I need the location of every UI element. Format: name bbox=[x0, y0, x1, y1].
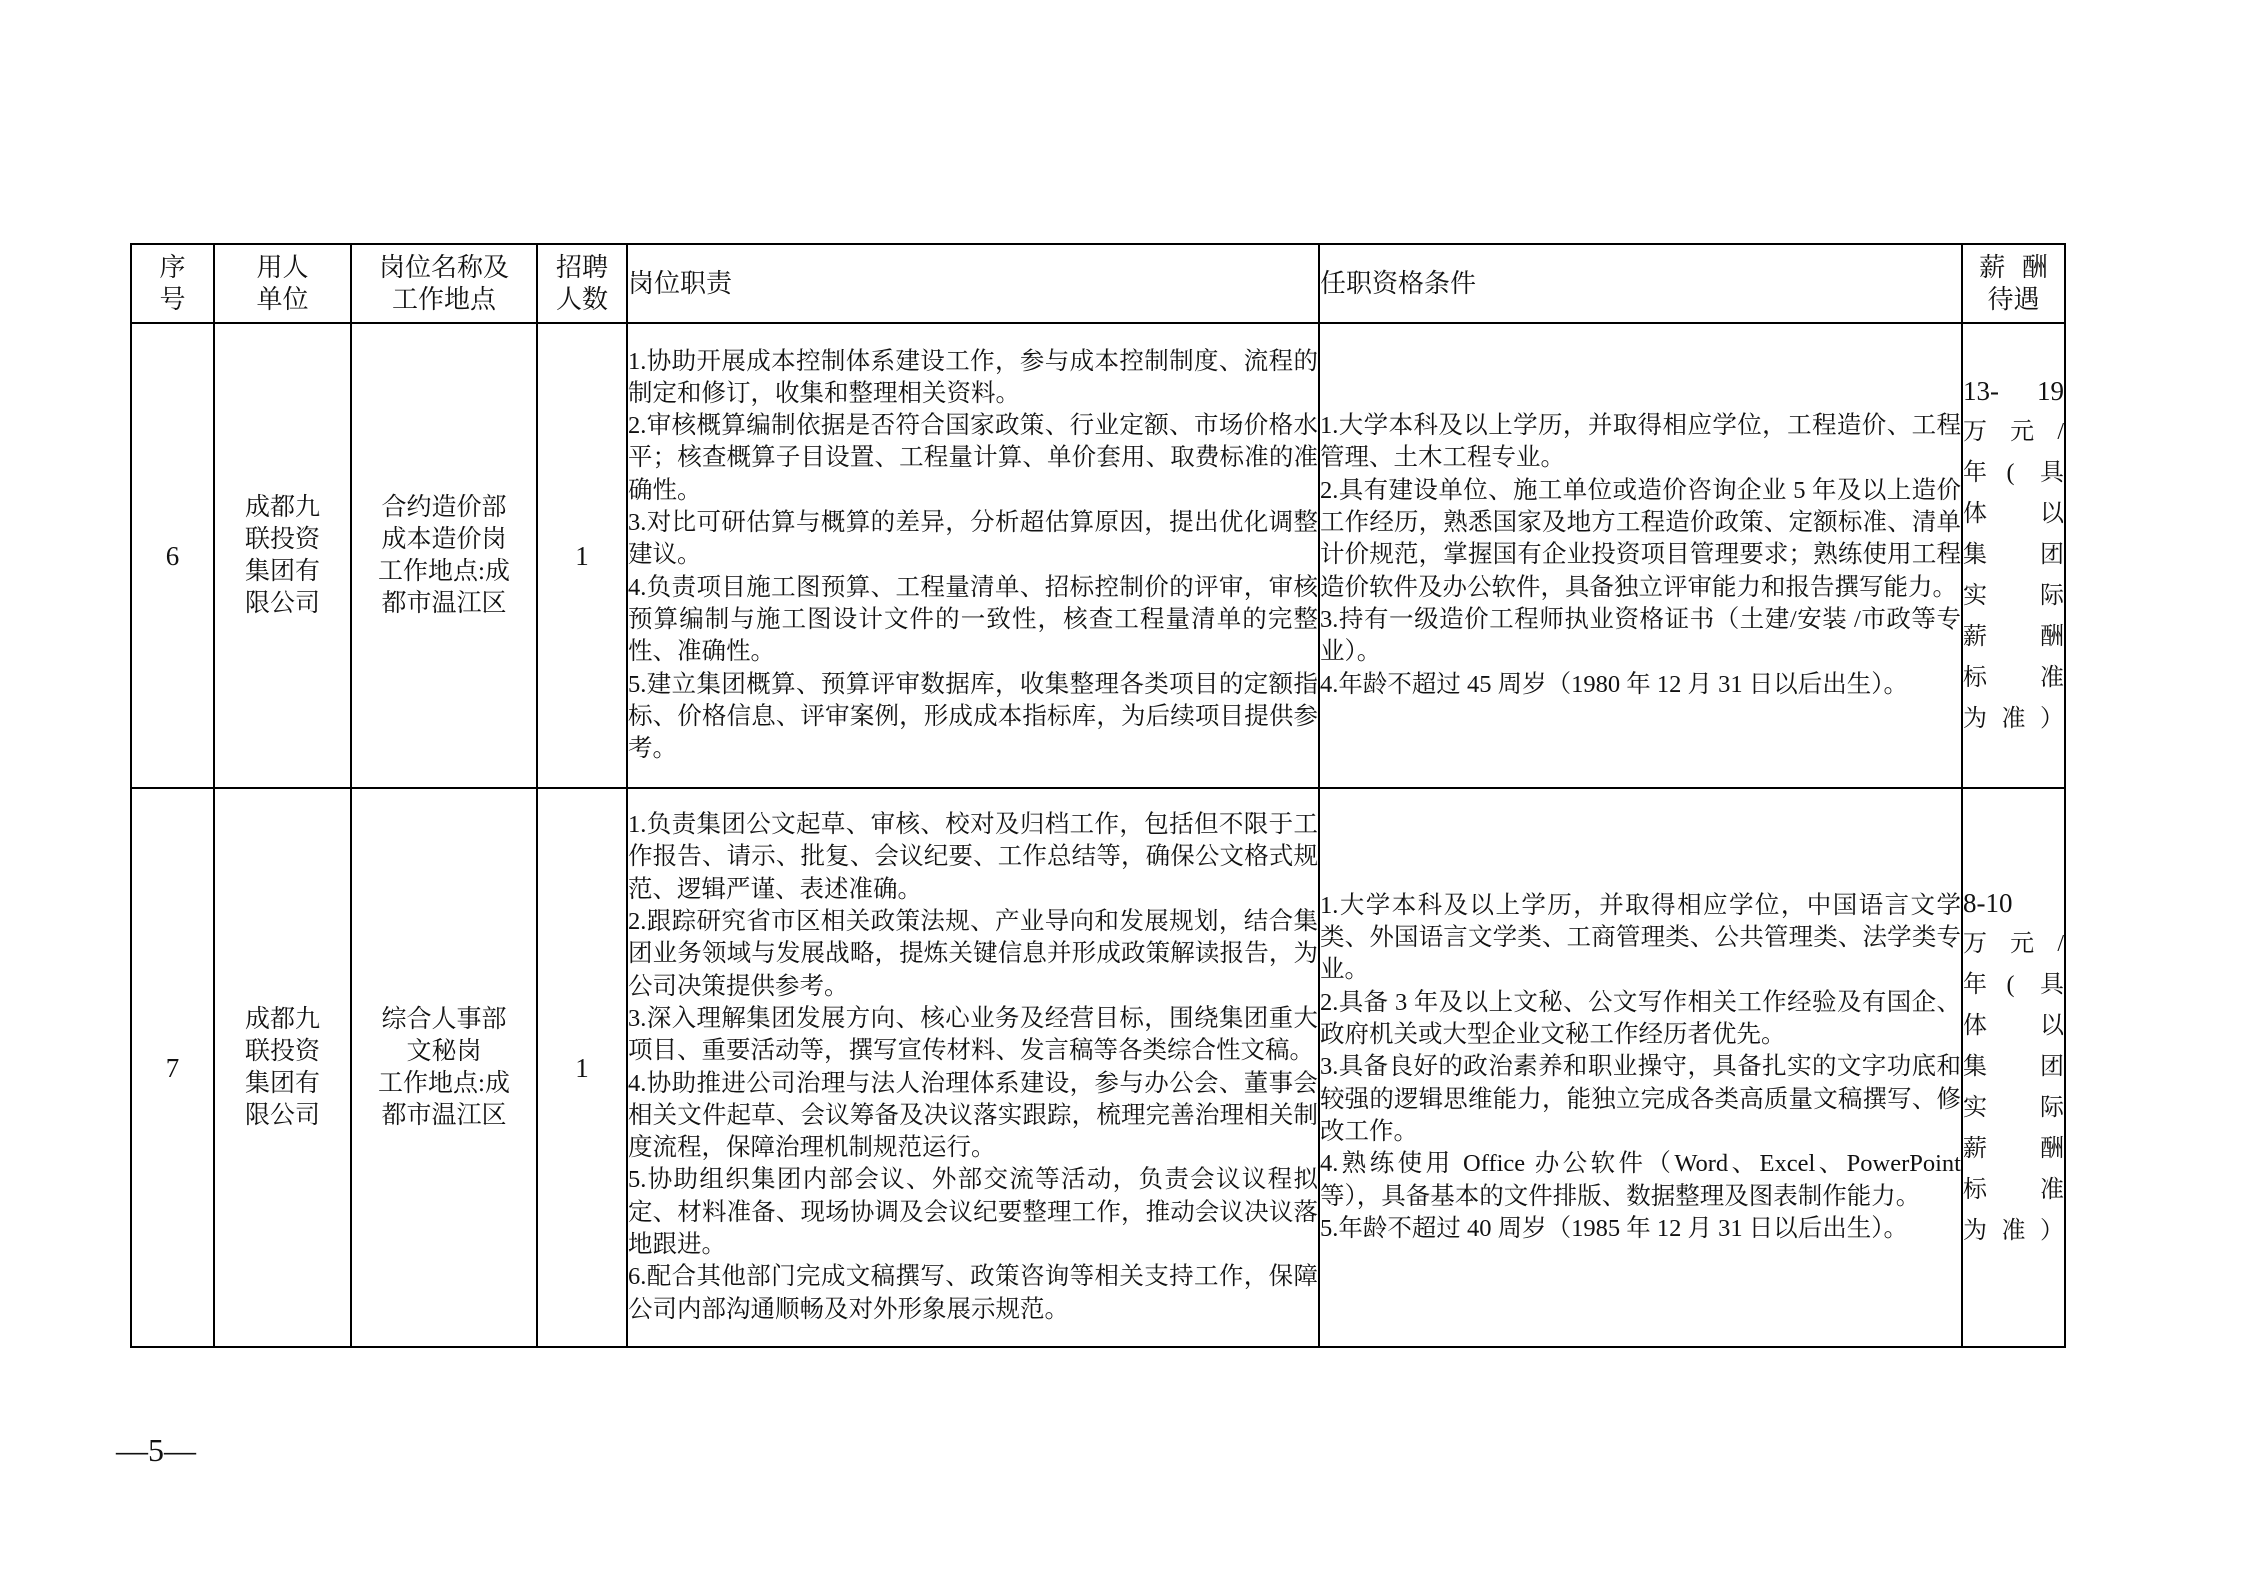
requirement-item: 3.持有一级造价工程师执业资格证书（土建/安装 /市政等专业）。 bbox=[1320, 604, 1961, 669]
duty-item: 2.审核概算编制依据是否符合国家政策、行业定额、市场价格水平；核查概算子目设置、… bbox=[628, 410, 1318, 507]
headcount-cell: 1 bbox=[537, 323, 627, 788]
duties-cell: 1.负责集团公文起草、审核、校对及归档工作，包括但不限于工作报告、请示、批复、会… bbox=[627, 788, 1319, 1347]
requirement-item: 2.具有建设单位、施工单位或造价咨询企业 5 年及以上造价工作经历，熟悉国家及地… bbox=[1320, 475, 1961, 604]
salary-cell: 8-10 万 元 /年( 具体 以 集 团实 际薪 酬 标 准为准） bbox=[1962, 788, 2065, 1347]
employer-cell: 成都九联投资集团有限公司 bbox=[214, 788, 351, 1347]
position-cell: 综合人事部文秘岗工作地点:成都市温江区 bbox=[351, 788, 537, 1347]
table-row: 6 成都九联投资集团有限公司 合约造价部成本造价岗工作地点:成都市温江区 1 1… bbox=[131, 323, 2065, 788]
employer-cell: 成都九联投资集团有限公司 bbox=[214, 323, 351, 788]
duty-item: 2.跟踪研究省市区相关政策法规、产业导向和发展规划，结合集团业务领域与发展战略，… bbox=[628, 906, 1318, 1003]
duties-cell: 1.协助开展成本控制体系建设工作，参与成本控制制度、流程的制定和修订，收集和整理… bbox=[627, 323, 1319, 788]
header-requirements: 任职资格条件 bbox=[1319, 244, 1962, 323]
duty-item: 1.协助开展成本控制体系建设工作，参与成本控制制度、流程的制定和修订，收集和整理… bbox=[628, 346, 1318, 411]
duty-item: 3.深入理解集团发展方向、核心业务及经营目标，围绕集团重大项目、重要活动等，撰写… bbox=[628, 1003, 1318, 1068]
requirement-item: 4.年龄不超过 45 周岁（1980 年 12 月 31 日以后出生）。 bbox=[1320, 669, 1961, 701]
position-cell: 合约造价部成本造价岗工作地点:成都市温江区 bbox=[351, 323, 537, 788]
header-salary: 薪 酬待遇 bbox=[1962, 244, 2065, 323]
header-employer: 用人单位 bbox=[214, 244, 351, 323]
duty-item: 1.负责集团公文起草、审核、校对及归档工作，包括但不限于工作报告、请示、批复、会… bbox=[628, 809, 1318, 906]
header-duties: 岗位职责 bbox=[627, 244, 1319, 323]
requirement-item: 4.熟练使用 Office 办公软件（Word、Excel、PowerPoint… bbox=[1320, 1148, 1961, 1213]
header-position: 岗位名称及工作地点 bbox=[351, 244, 537, 323]
recruitment-table: 序号 用人单位 岗位名称及工作地点 招聘人数 岗位职责 任职资格条件 薪 酬待遇… bbox=[130, 243, 2066, 1348]
requirement-item: 2.具备 3 年及以上文秘、公文写作相关工作经验及有国企、政府机关或大型企业文秘… bbox=[1320, 987, 1961, 1052]
duty-item: 5.协助组织集团内部会议、外部交流等活动，负责会议议程拟定、材料准备、现场协调及… bbox=[628, 1164, 1318, 1261]
page-number: —5— bbox=[116, 1432, 196, 1469]
duty-item: 5.建立集团概算、预算评审数据库，收集整理各类项目的定额指标、价格信息、评审案例… bbox=[628, 669, 1318, 766]
duty-item: 3.对比可研估算与概算的差异，分析超估算原因，提出优化调整建议。 bbox=[628, 507, 1318, 572]
requirement-item: 3.具备良好的政治素养和职业操守，具备扎实的文字功底和较强的逻辑思维能力，能独立… bbox=[1320, 1051, 1961, 1148]
header-headcount: 招聘人数 bbox=[537, 244, 627, 323]
header-index: 序号 bbox=[131, 244, 214, 323]
row-index: 6 bbox=[131, 323, 214, 788]
headcount-cell: 1 bbox=[537, 788, 627, 1347]
requirement-item: 1.大学本科及以上学历，并取得相应学位，工程造价、工程管理、土木工程专业。 bbox=[1320, 410, 1961, 475]
duty-item: 6.配合其他部门完成文稿撰写、政策咨询等相关支持工作，保障公司内部沟通顺畅及对外… bbox=[628, 1261, 1318, 1326]
table-row: 7 成都九联投资集团有限公司 综合人事部文秘岗工作地点:成都市温江区 1 1.负… bbox=[131, 788, 2065, 1347]
header-row: 序号 用人单位 岗位名称及工作地点 招聘人数 岗位职责 任职资格条件 薪 酬待遇 bbox=[131, 244, 2065, 323]
requirement-item: 1.大学本科及以上学历，并取得相应学位，中国语言文学类、外国语言文学类、工商管理… bbox=[1320, 890, 1961, 987]
requirement-item: 5.年龄不超过 40 周岁（1985 年 12 月 31 日以后出生）。 bbox=[1320, 1213, 1961, 1245]
duty-item: 4.协助推进公司治理与法人治理体系建设，参与办公会、董事会相关文件起草、会议筹备… bbox=[628, 1068, 1318, 1165]
salary-cell: 13- 19 万 元 /年( 具体 以 集 团实 际薪 酬 标 准为准） bbox=[1962, 323, 2065, 788]
requirements-cell: 1.大学本科及以上学历，并取得相应学位，工程造价、工程管理、土木工程专业。 2.… bbox=[1319, 323, 1962, 788]
duty-item: 4.负责项目施工图预算、工程量清单、招标控制价的评审，审核预算编制与施工图设计文… bbox=[628, 572, 1318, 669]
row-index: 7 bbox=[131, 788, 214, 1347]
requirements-cell: 1.大学本科及以上学历，并取得相应学位，中国语言文学类、外国语言文学类、工商管理… bbox=[1319, 788, 1962, 1347]
